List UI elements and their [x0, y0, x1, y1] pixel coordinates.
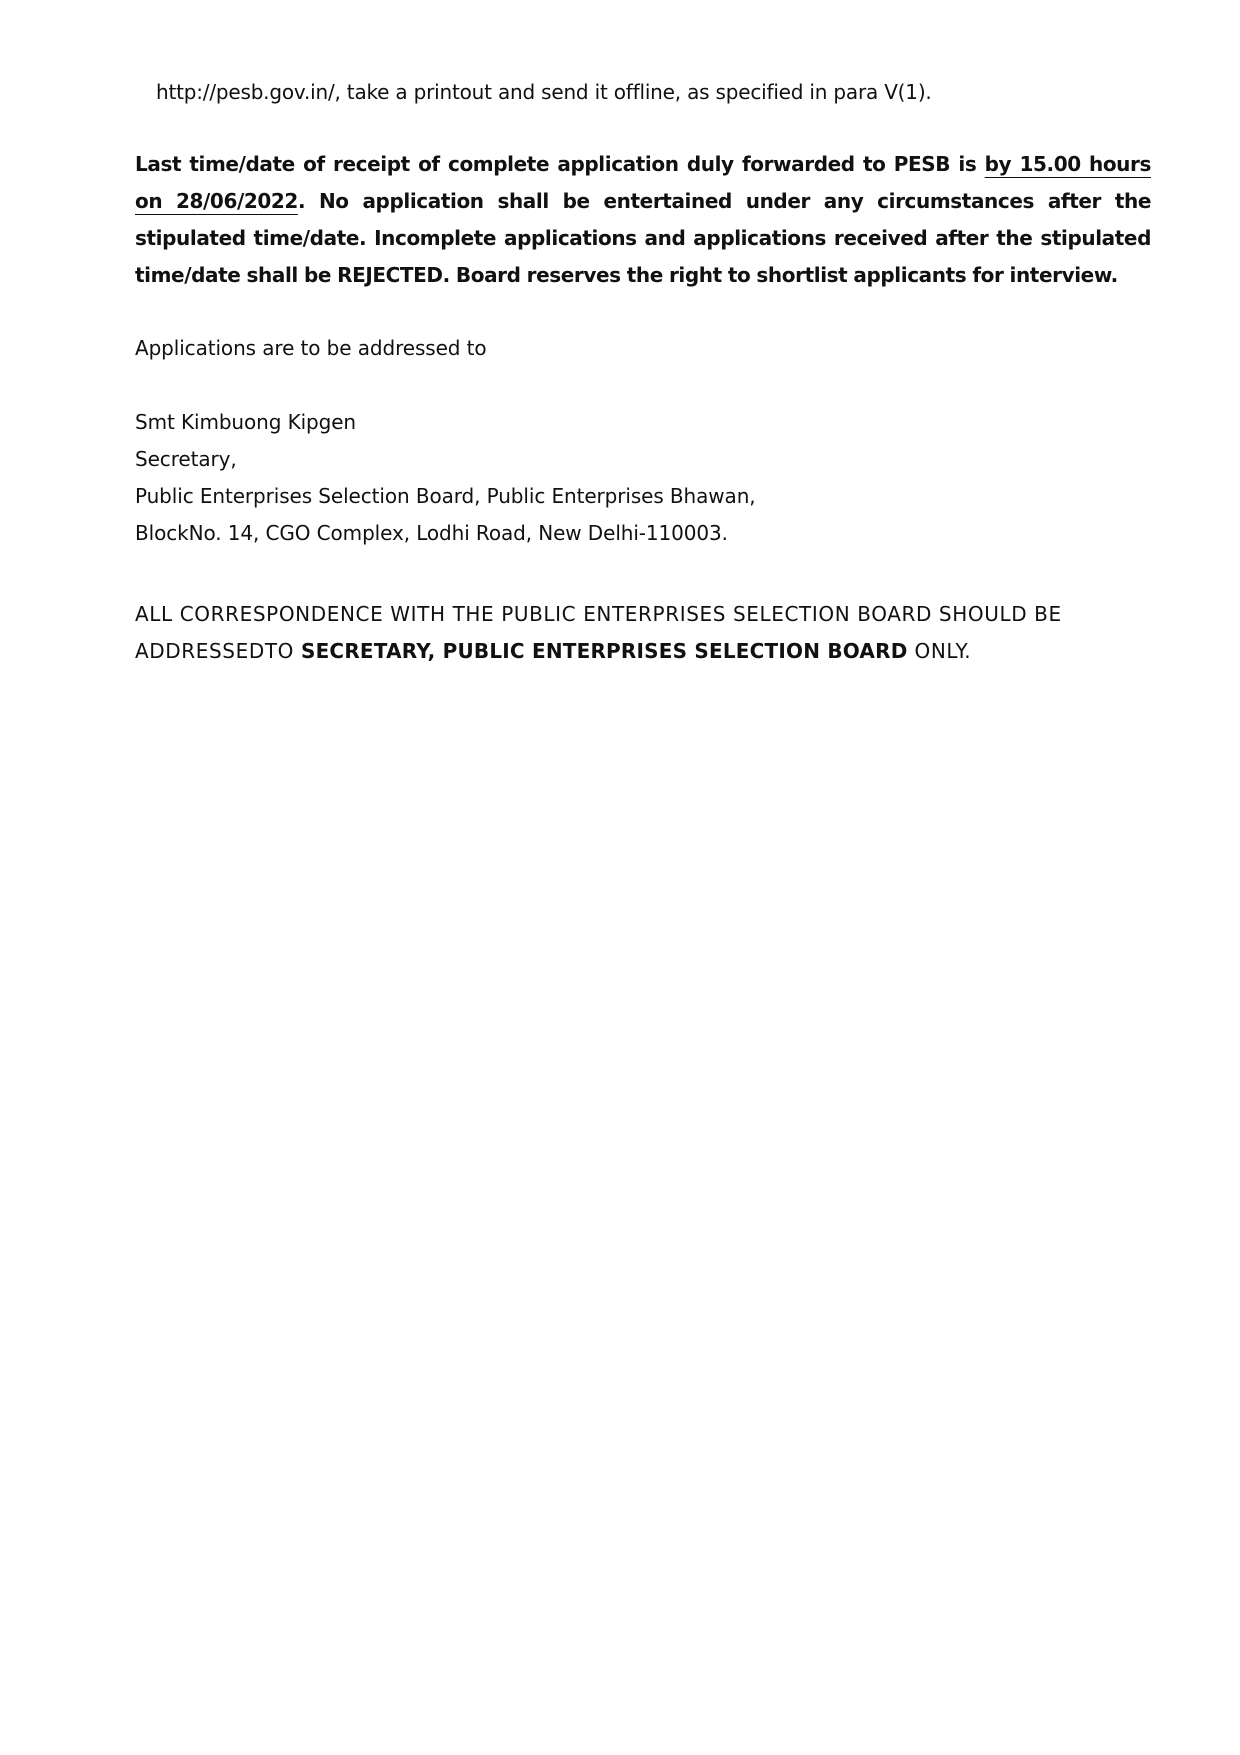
address-line-1: Public Enterprises Selection Board, Publ…: [135, 484, 756, 508]
deadline-paragraph: Last time/date of receipt of complete ap…: [135, 146, 1151, 294]
address-line-2: BlockNo. 14, CGO Complex, Lodhi Road, Ne…: [135, 521, 728, 545]
correspondence-bold: SECRETARY, PUBLIC ENTERPRISES SELECTION …: [301, 639, 908, 663]
correspondence-notice: ALL CORRESPONDENCE WITH THE PUBLIC ENTER…: [135, 596, 1151, 670]
continuation-line: http://pesb.gov.in/, take a printout and…: [156, 80, 932, 104]
deadline-lead-text: Last time/date of receipt of complete ap…: [135, 152, 985, 176]
addressee-name: Smt Kimbuong Kipgen: [135, 410, 356, 434]
address-intro: Applications are to be addressed to: [135, 336, 487, 360]
document-page: http://pesb.gov.in/, take a printout and…: [0, 0, 1240, 1755]
correspondence-suffix: ONLY.: [908, 639, 972, 663]
addressee-designation: Secretary,: [135, 447, 237, 471]
